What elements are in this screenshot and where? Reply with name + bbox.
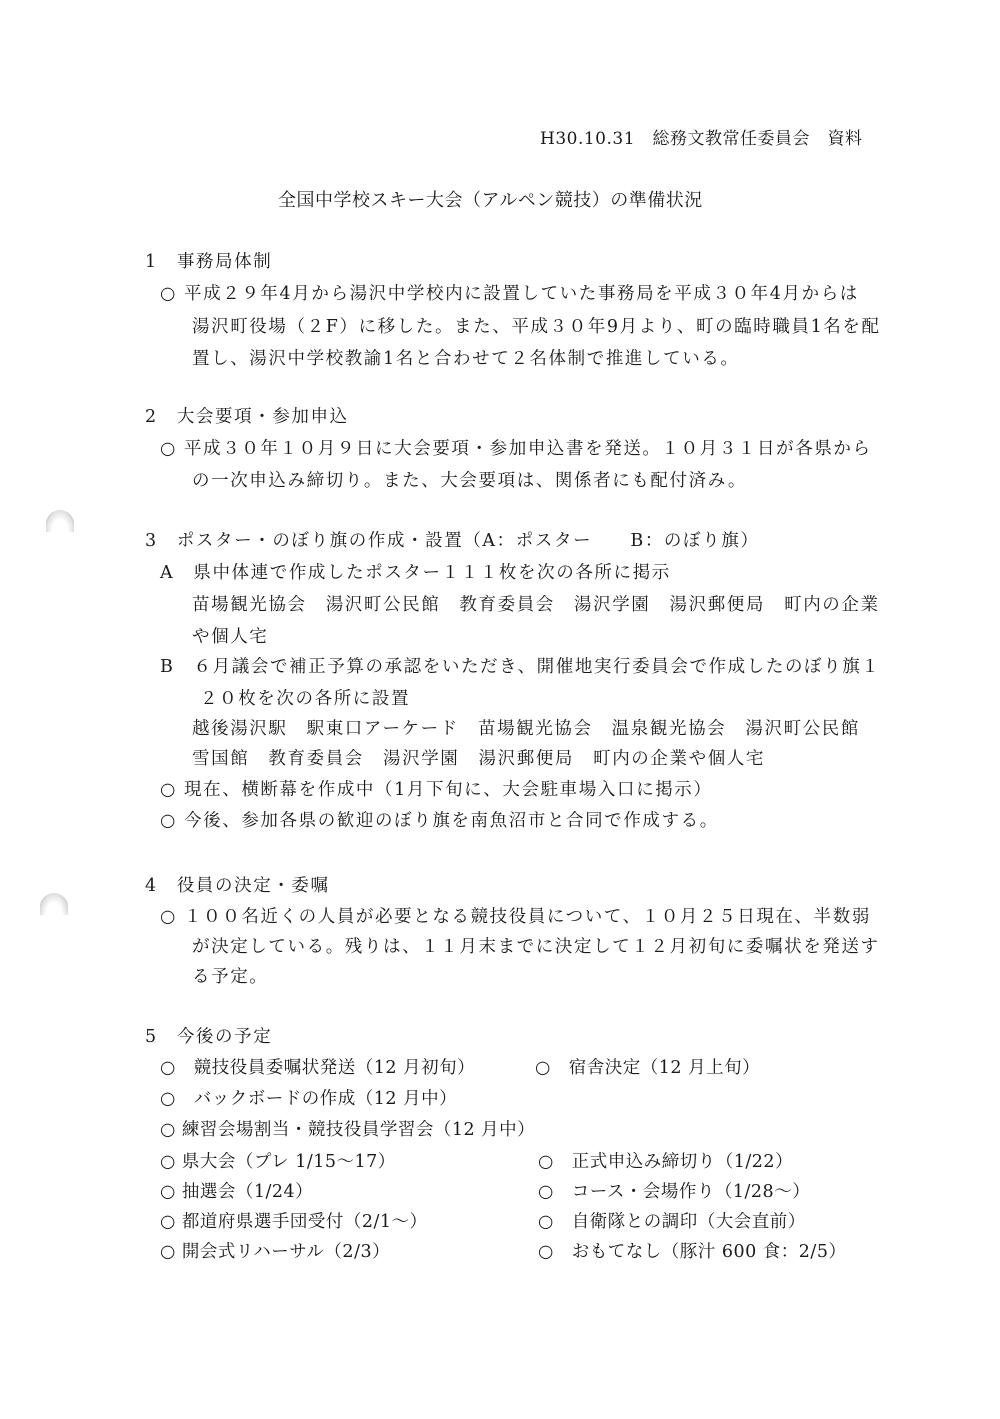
schedule-item: ○ コース・会場作り（1/28～） <box>538 1178 810 1203</box>
section-2-line: ○ 平成３０年１０月９日に大会要項・参加申込書を発送。１０月３１日が各県から <box>160 435 872 460</box>
section-3-line: ○ 今後、参加各県の歓迎のぼり旗を南魚沼市と合同で作成する。 <box>160 807 719 832</box>
section-4-line: が決定している。残りは、１１月末までに決定して１２月初旬に委嘱状を発送す <box>192 933 880 958</box>
punch-hole-bottom <box>40 893 68 915</box>
schedule-item: ○ 抽選会（1/24） <box>160 1178 313 1203</box>
section-2-heading: 2 大会要項・参加申込 <box>145 403 349 428</box>
section-3-line: 雪国館 教育委員会 湯沢学園 湯沢郵便局 町内の企業や個人宅 <box>192 745 765 770</box>
section-1-heading: 1 事務局体制 <box>145 248 272 273</box>
schedule-item: ○ 宿舎決定（12 月上旬） <box>535 1054 760 1079</box>
section-3-line: 苗場観光協会 湯沢町公民館 教育委員会 湯沢学園 湯沢郵便局 町内の企業 <box>192 591 880 616</box>
section-4-heading: 4 役員の決定・委嘱 <box>145 872 330 897</box>
section-3-heading: 3 ポスター・のぼり旗の作成・設置（A：ポスター B：のぼり旗） <box>145 527 759 552</box>
section-3-line: や個人宅 <box>192 623 268 648</box>
section-3-line: B ６月議会で補正予算の承認をいただき、開催地実行委員会で作成したのぼり旗１ <box>160 653 880 678</box>
section-3-line: 越後湯沢駅 駅東口アーケード 苗場観光協会 温泉観光協会 湯沢町公民館 <box>192 715 860 740</box>
section-4-line: ○ １００名近くの人員が必要となる競技役員について、１０月２５日現在、半数弱 <box>160 903 871 928</box>
schedule-item: ○ 練習会場割当・競技役員学習会（12 月中） <box>160 1116 535 1141</box>
schedule-item: ○ おもてなし（豚汁 600 食：2/5） <box>538 1238 846 1263</box>
schedule-item: ○ バックボードの作成（12 月中） <box>160 1085 457 1110</box>
section-1-line: ○ 平成２９年4月から湯沢中学校内に設置していた事務局を平成３０年4月からは <box>160 280 859 305</box>
schedule-item: ○ 県大会（プレ 1/15～17） <box>160 1148 396 1173</box>
section-1-line: 置し、湯沢中学校教諭1名と合わせて２名体制で推進している。 <box>192 345 740 370</box>
section-5-heading: 5 今後の予定 <box>145 1023 272 1048</box>
section-1-line: 湯沢町役場（２F）に移した。また、平成３０年9月より、町の臨時職員1名を配 <box>192 313 881 338</box>
schedule-item: ○ 競技役員委嘱状発送（12 月初旬） <box>160 1054 475 1079</box>
schedule-item: ○ 正式申込み締切り（1/22） <box>538 1148 793 1173</box>
section-3-line: A 県中体連で作成したポスター１１１枚を次の各所に掲示 <box>160 559 671 584</box>
section-2-line: の一次申込み締切り。また、大会要項は、関係者にも配付済み。 <box>192 467 747 492</box>
section-3-line: ○ 現在、横断幕を作成中（1月下旬に、大会駐車場入口に掲示） <box>160 776 712 801</box>
schedule-item: ○ 開会式リハーサル（2/3） <box>160 1238 390 1263</box>
punch-hole-top <box>46 510 74 532</box>
document-title: 全国中学校スキー大会（アルペン競技）の準備状況 <box>278 186 703 212</box>
section-3-line: ２０枚を次の各所に設置 <box>200 685 410 710</box>
schedule-item: ○ 都道府県選手団受付（2/1～） <box>160 1208 428 1233</box>
header-note: H30.10.31 総務文教常任委員会 資料 <box>540 124 863 149</box>
schedule-item: ○ 自衛隊との調印（大会直前） <box>538 1208 806 1233</box>
section-4-line: る予定。 <box>192 963 268 988</box>
